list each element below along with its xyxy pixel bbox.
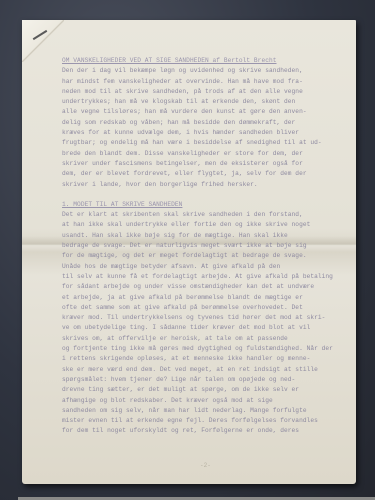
- intro-line: kræves for at kunne udvælge dem, i hvis …: [62, 128, 352, 138]
- intro-line: dem, der er blevet fordrevet, eller flyg…: [62, 169, 352, 179]
- section-heading: 1. MODET TIL AT SKRIVE SANDHEDEN: [62, 200, 352, 210]
- section-line: usandt. Han skal ikke bøje sig for de mæ…: [62, 231, 352, 241]
- section-line: og fortjente ting ikke må gøres med dygt…: [62, 344, 352, 354]
- section-line: for dem til noget uforskyldt og ret, For…: [62, 426, 352, 436]
- section-line: drevne ting sætter, er det muligt at spø…: [62, 385, 352, 395]
- section-line: afhængige og blot redskaber. Det kræver …: [62, 396, 352, 406]
- typewritten-page: OM VANSKELIGHEDER VED AT SIGE SANDHEDEN …: [22, 20, 356, 484]
- intro-line: delig som redskab og våben; han må besid…: [62, 118, 352, 128]
- section-line: i rettens skrigende opløses, at et menne…: [62, 354, 352, 364]
- document-title: OM VANSKELIGHEDER VED AT SIGE SANDHEDEN …: [62, 56, 352, 66]
- section-line: et arbejde, ja at give afkald på berømme…: [62, 293, 352, 303]
- intro-line: har mindst fem vanskeligheder at overvin…: [62, 77, 352, 87]
- intro-line: undertrykkes; han må ​ve klogskab til at…: [62, 97, 352, 107]
- intro-line: skriver i lande, hvor den borgerlige fri…: [62, 180, 352, 190]
- intro-line: brede den blandt dem. Disse vanskelighed…: [62, 149, 352, 159]
- intro-line: neden mod til at skrive sandheden, på tr…: [62, 87, 352, 97]
- section-line: for sådant arbejde og under visse omstæn…: [62, 282, 352, 292]
- section-line: til selv at kunne få et fordelagtigt arb…: [62, 272, 352, 282]
- section-line: bedrage de svage. Det er naturligvis meg…: [62, 241, 352, 251]
- document-body: OM VANSKELIGHEDER VED AT SIGE SANDHEDEN …: [62, 56, 352, 437]
- intro-line: alle vegne tilsløres; han må vurdere den…: [62, 107, 352, 117]
- page-number-mark: -2-: [200, 462, 211, 469]
- section-line: ske er mere værd end dem. Det ved meget,…: [62, 365, 352, 375]
- folded-corner: [22, 20, 64, 62]
- intro-line: skriver under fascismens betingelser, me…: [62, 159, 352, 169]
- section-line: skrives om, at offervilje er heroisk, at…: [62, 334, 352, 344]
- section-line: Unåde hos de mægtige betyder afsavn. At …: [62, 262, 352, 272]
- section-line: mister evnen til at erkende egne fejl. D…: [62, 416, 352, 426]
- section-line: at han ikke skal undertrykke eller forti…: [62, 220, 352, 230]
- section-line: for de mægtige, og det er meget fordelag…: [62, 251, 352, 261]
- section-line: ve om ubetydelige ting. I sådanne tider …: [62, 323, 352, 333]
- section-line: sandheden om sig selv, når man har lidt …: [62, 406, 352, 416]
- intro-line: Den der i dag vil bekæmpe løgn og uviden…: [62, 66, 352, 76]
- section-line: kræver mod. Til undertrykkelsens og tyve…: [62, 313, 352, 323]
- intro-line: frugtbar; og endelig må han være i besid…: [62, 138, 352, 148]
- section-line: Det er klart at skribenten skal skrive s…: [62, 210, 352, 220]
- section-line: spørgsmålet: hvem tjener de? Lige når ta…: [62, 375, 352, 385]
- section-line: ofte det samme som at give afkald på ber…: [62, 303, 352, 313]
